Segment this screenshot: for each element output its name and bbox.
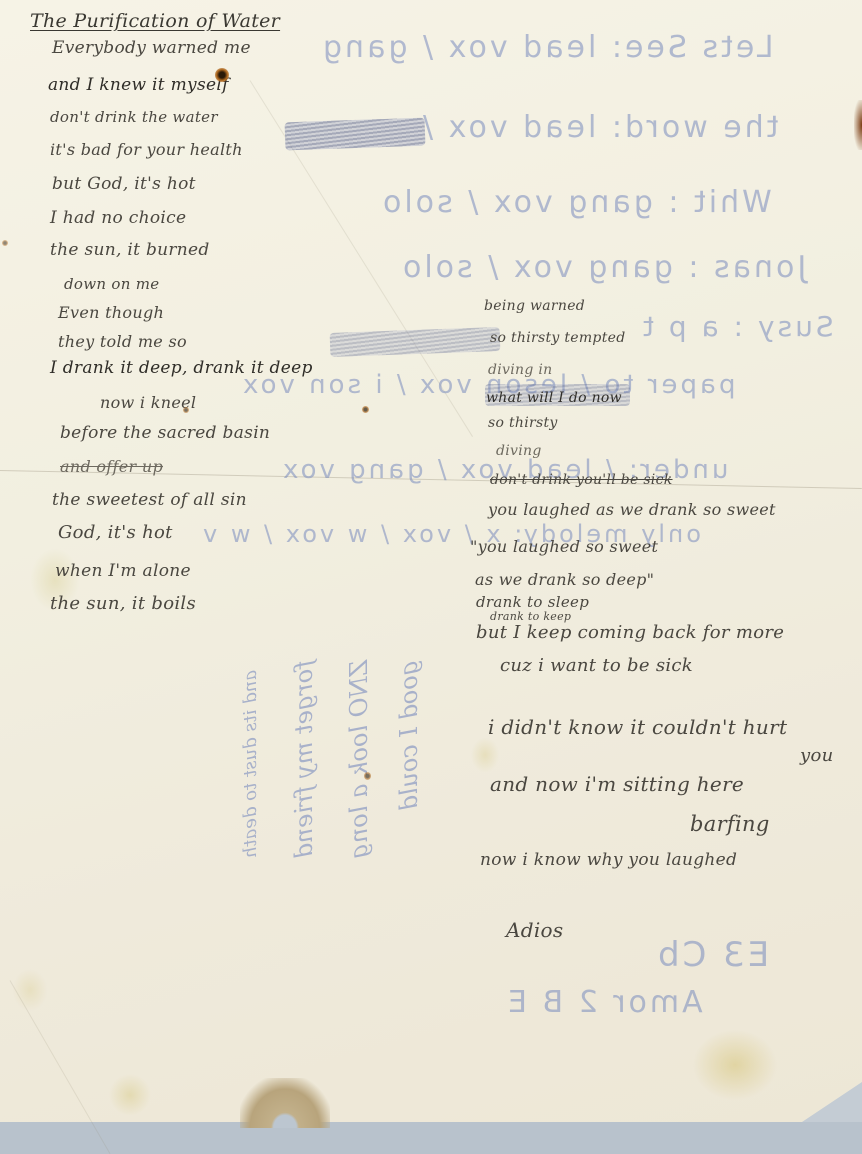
- lyric-line: the sun, it boils: [50, 593, 196, 614]
- burn-mark: [362, 406, 369, 413]
- lyric-sign-off: Adios: [506, 918, 563, 942]
- lyric-line: so thirsty tempted: [490, 330, 625, 346]
- lyric-line: being warned: [484, 298, 585, 314]
- lyric-line: don't drink you'll be sick: [490, 472, 673, 488]
- lyric-line: it's bad for your health: [50, 140, 243, 159]
- lyric-line: you laughed as we drank so sweet: [488, 500, 776, 519]
- lyric-line: cuz i want to be sick: [500, 655, 693, 676]
- lyric-line: diving in: [488, 362, 552, 378]
- paper-tear: [240, 1078, 330, 1122]
- lyric-line: down on me: [64, 275, 159, 293]
- bleed-through-vertical: and its dust to death: [240, 670, 261, 858]
- bleed-through-vertical: ZNO look a long: [345, 660, 373, 859]
- lyric-line: they told me so: [58, 332, 187, 351]
- lyric-line: before the sacred basin: [60, 423, 270, 443]
- lyric-line: I drank it deep, drank it deep: [50, 358, 313, 378]
- burn-mark: [215, 68, 229, 82]
- lyric-line: barfing: [690, 812, 770, 836]
- lyric-line: when I'm alone: [55, 561, 191, 581]
- scanned-paper: Lets See: lead vox / gang the word: lead…: [0, 0, 862, 1122]
- lyric-line: what will I do now: [486, 390, 622, 406]
- lyric-line: don't drink the water: [50, 108, 218, 126]
- bleed-through-line: Amor 2 B E: [505, 985, 703, 1020]
- bleed-through-line: Lets See: lead vox / gang: [320, 30, 774, 65]
- lyric-line: now i know why you laughed: [480, 850, 737, 870]
- bleed-through-line: Susy : a p t: [640, 310, 834, 343]
- lyric-line: but God, it's hot: [52, 174, 196, 194]
- lyric-line: and now i'm sitting here: [490, 772, 744, 796]
- lyric-line: as we drank so deep": [475, 570, 654, 589]
- bleed-through-line: E3 Cb: [655, 935, 769, 975]
- lyric-line: the sweetest of all sin: [52, 490, 247, 510]
- lyric-line: you: [800, 745, 834, 766]
- lyric-line: so thirsty: [488, 415, 558, 431]
- lyric-line: and offer up: [60, 457, 163, 476]
- lyric-line: diving: [496, 443, 542, 459]
- lyric-line: but I keep coming back for more: [476, 622, 784, 643]
- lyric-line: now i kneel: [100, 393, 196, 412]
- scribble-out: [285, 118, 426, 151]
- bleed-through-vertical: good I could: [395, 660, 423, 811]
- lyric-line: "you laughed so sweet: [470, 537, 658, 556]
- paper-crease: [10, 980, 111, 1122]
- burn-mark: [183, 407, 189, 413]
- burn-mark: [2, 240, 8, 246]
- bleed-through-line: Jonas : gang vox / solo: [400, 250, 806, 285]
- bleed-through-line: the word: lead vox /: [420, 110, 779, 145]
- bleed-through-vertical: forget my friend: [290, 660, 318, 859]
- lyric-line: the sun, it burned: [50, 240, 210, 260]
- folded-corner: [802, 1082, 862, 1122]
- burn-mark: [364, 772, 371, 780]
- lyric-line: Everybody warned me: [52, 38, 251, 58]
- lyric-line: i didn't know it couldn't hurt: [488, 715, 787, 739]
- edge-burn: [854, 100, 862, 150]
- lyric-line: I had no choice: [50, 208, 186, 228]
- lyric-line: Even though: [58, 303, 164, 322]
- lyric-line: and I knew it myself: [48, 75, 229, 95]
- lyric-line: drank to sleep: [476, 593, 589, 611]
- scribble-out: [330, 327, 501, 357]
- lyric-line: God, it's hot: [58, 522, 173, 543]
- song-title: The Purification of Water: [30, 10, 280, 32]
- bleed-through-line: Whit : gang vox / solo: [380, 185, 772, 220]
